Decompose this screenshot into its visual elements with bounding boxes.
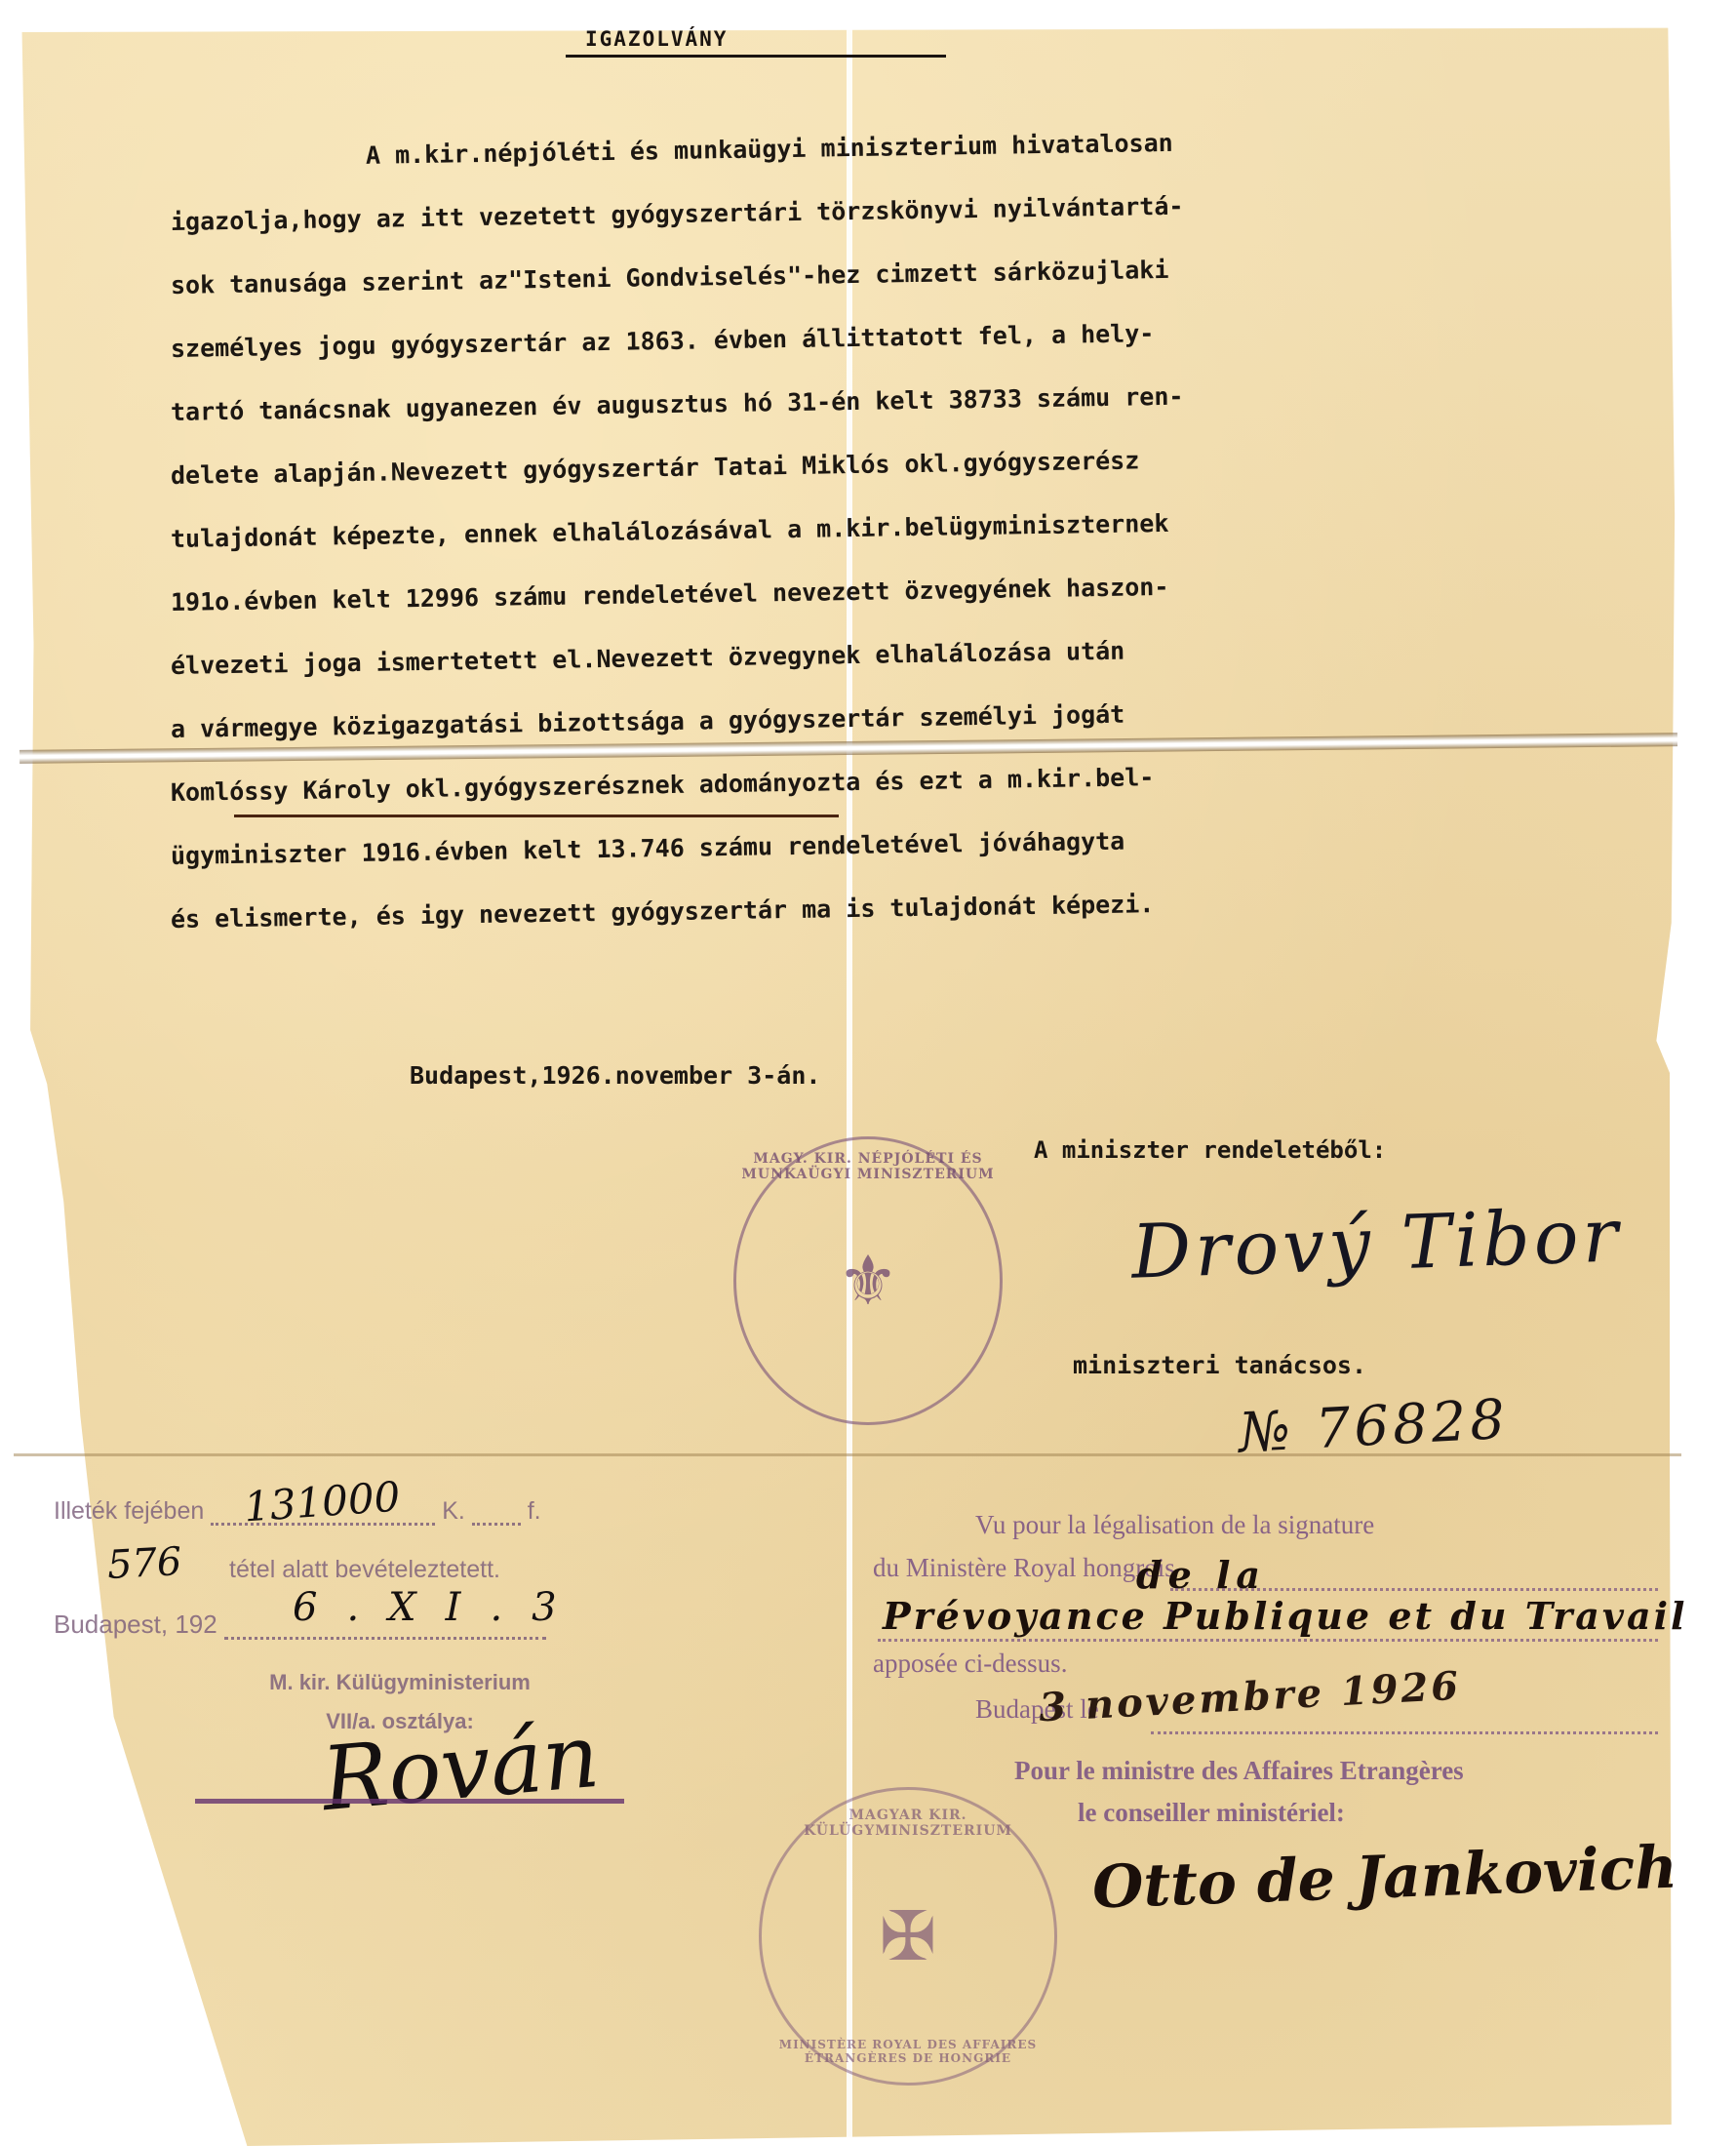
title-underline (566, 55, 946, 58)
item-number: 576 (106, 1539, 183, 1588)
legalisation-line: Vu pour la légalisation de la signature (975, 1510, 1374, 1540)
minister-signature: Drový Tibor (1130, 1191, 1624, 1294)
document-body: A m.kir.népjóléti és munkaügyi miniszter… (171, 127, 1634, 951)
legalisation-line: le conseiller ministériel: (1078, 1798, 1345, 1828)
item-row: tétel alatt bevételeztetett. (229, 1556, 500, 1584)
fee-suffix: f. (528, 1497, 541, 1525)
place-date: Budapest,1926.november 3-án. (410, 1061, 820, 1090)
legalisation-line: du Ministère Royal hongrois (873, 1553, 1175, 1583)
seal-text-top: MAGYAR KIR. KÜLÜGYMINISZTERIUM (762, 1808, 1054, 1839)
ministry-seal: MAGY. KIR. NÉPJÓLÉTI ÉS MUNKAÜGYI MINISZ… (733, 1136, 1003, 1425)
by-order-label: A miniszter rendeletéből: (1034, 1136, 1386, 1164)
stamp-date-label: Budapest, 192 (54, 1609, 217, 1639)
stamp-date-hand: 6.XI.3 (293, 1585, 586, 1630)
legalisation-line: apposée ci-dessus. (873, 1649, 1067, 1679)
hand-underline (234, 815, 839, 817)
fee-label: Illeték fejében (54, 1497, 204, 1525)
item-label: tétel alatt bevételeztetett. (229, 1556, 500, 1583)
eagle-crest-icon: ✠ (880, 1896, 937, 1976)
document-title: IGAZOLVÁNY (585, 27, 728, 51)
crest-icon: ⚜ (838, 1241, 899, 1321)
purple-underline (195, 1799, 624, 1804)
fee-currency: K. (442, 1497, 465, 1525)
legalisation-line: Pour le ministre des Affaires Etrangères (1014, 1756, 1464, 1786)
foreign-ministry-seal: MAGYAR KIR. KÜLÜGYMINISZTERIUM ✠ MINISTÈ… (759, 1787, 1057, 2086)
seal-text: MAGY. KIR. NÉPJÓLÉTI ÉS MUNKAÜGYI MINISZ… (736, 1151, 1000, 1182)
seal-text-bottom: MINISTÈRE ROYAL DES AFFAIRES ÉTRANGÈRES … (762, 2038, 1054, 2065)
legalisation-hand: Prévoyance Publique et du Travail (883, 1594, 1687, 1638)
signatory-title: miniszteri tanácsos. (1073, 1351, 1366, 1379)
